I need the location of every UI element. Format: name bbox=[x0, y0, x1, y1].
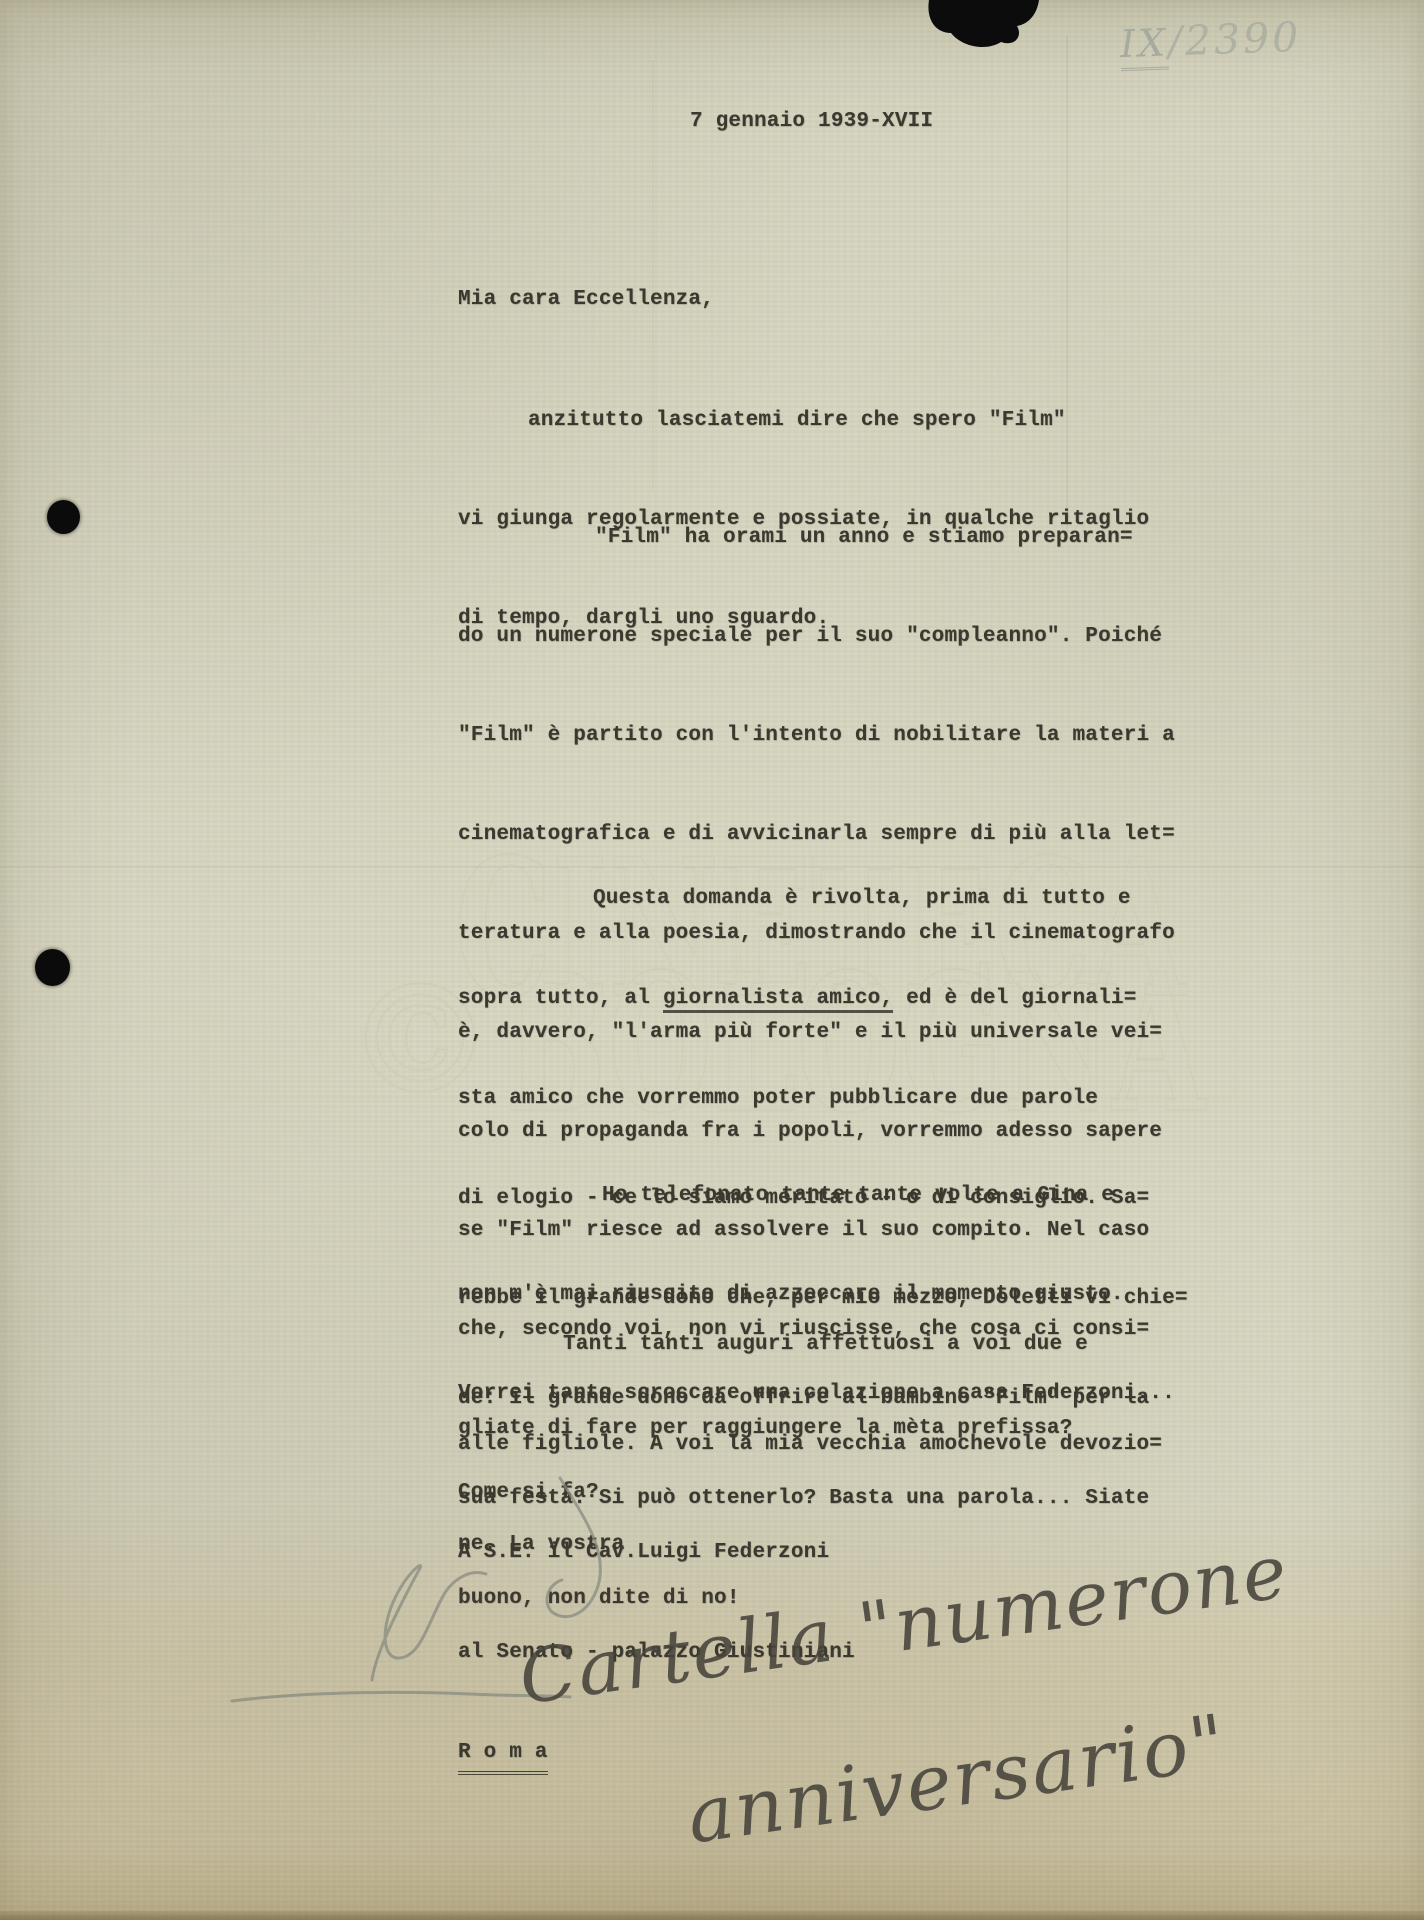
line-prefix: sopra tutto, al bbox=[458, 987, 663, 1010]
typed-line: Questa domanda è rivolta, prima di tutto… bbox=[458, 882, 1188, 916]
typed-line: do un numerone speciale per il suo "comp… bbox=[458, 620, 1175, 653]
scanned-letter-page: { "page": { "archive_mark": { "prefix": … bbox=[0, 0, 1424, 1920]
punch-hole-bottom bbox=[35, 949, 70, 986]
punch-hole-top bbox=[47, 500, 80, 534]
typed-line: sta amico che vorremmo poter pubblicare … bbox=[458, 1082, 1188, 1116]
underlined-phrase: giornalista amico, bbox=[663, 987, 893, 1013]
address-line: al Senato - palazzo Giustiniani bbox=[458, 1636, 855, 1670]
letter-date: 7 gennaio 1939-XVII bbox=[690, 105, 933, 138]
city-underlined: R o m a bbox=[458, 1736, 548, 1775]
ink-blot bbox=[915, 0, 1055, 60]
typed-line: alle figliole. A voi la mia vecchia amoc… bbox=[458, 1428, 1162, 1462]
line-suffix: ed è del giornali= bbox=[893, 987, 1136, 1010]
typed-line: Tanti tanti auguri affettuosi a voi due … bbox=[458, 1328, 1162, 1362]
typed-line: anzitutto lasciatemi dire che spero "Fil… bbox=[458, 404, 1149, 437]
typed-line: Ho telefonato tante tante volte a Gina e bbox=[458, 1179, 1175, 1212]
address-line: A S.E. il Cav.Luigi Federzoni bbox=[458, 1536, 855, 1570]
paper-bottom-edge bbox=[0, 1911, 1424, 1920]
address-city: R o m a bbox=[458, 1736, 855, 1775]
address-block: A S.E. il Cav.Luigi Federzoni al Senato … bbox=[458, 1470, 855, 1808]
salutation: Mia cara Eccellenza, bbox=[458, 283, 714, 316]
typed-line: sopra tutto, al giornalista amico, ed è … bbox=[458, 982, 1188, 1016]
typed-line: "Film" è partito con l'intento di nobili… bbox=[458, 719, 1175, 752]
typed-line: "Film" ha orami un anno e stiamo prepara… bbox=[458, 521, 1175, 554]
